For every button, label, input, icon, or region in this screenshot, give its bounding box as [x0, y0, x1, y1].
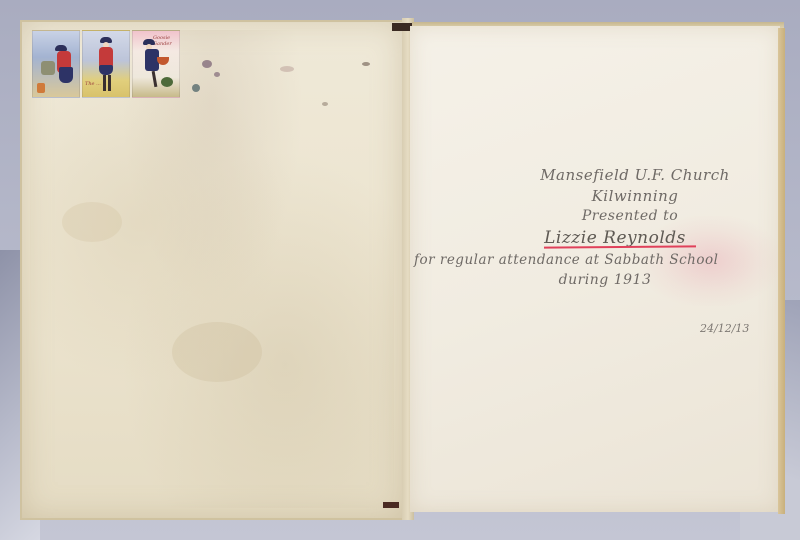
inscription-date: 24/12/13	[700, 322, 749, 335]
inside-front-board: The ... Goosie Gander	[20, 20, 404, 520]
inscription-church: Mansefield U.F. Church	[490, 164, 780, 186]
bush-shape	[161, 77, 173, 87]
orange-patch	[37, 83, 45, 93]
sticker-woman-kneeling	[32, 30, 80, 98]
basket-shape	[157, 57, 169, 65]
skirt-shape	[99, 65, 113, 75]
leg-shape	[108, 75, 111, 91]
front-endpaper: Mansefield U.F. Church Kilwinning Presen…	[410, 26, 780, 512]
sticker-girl-standing: The ...	[82, 30, 130, 98]
inscription-town: Kilwinning	[490, 186, 780, 206]
stain-spot	[322, 102, 328, 106]
stain-spot	[192, 84, 200, 92]
spine-tailband	[383, 502, 399, 508]
sticker-strip: The ... Goosie Gander	[32, 30, 180, 102]
sticker-caption: Goosie Gander	[153, 35, 177, 47]
inscription-reason: for regular attendance at Sabbath School	[410, 250, 780, 270]
open-book: The ... Goosie Gander	[20, 18, 785, 520]
stain-patch	[172, 322, 262, 382]
inscription-presented: Presented to	[480, 206, 780, 226]
stain-spot	[202, 60, 212, 68]
pot-shape	[41, 61, 55, 75]
inscription-year: during 1913	[430, 270, 780, 290]
red-underline	[544, 245, 696, 248]
stain-spot	[362, 62, 370, 66]
sticker-girl-with-basket: Goosie Gander	[132, 30, 180, 98]
right-board-fore-edge	[778, 28, 785, 514]
sticker-caption: The ...	[85, 81, 101, 87]
leg-shape	[152, 71, 158, 87]
stain-patch	[62, 202, 122, 242]
leg-shape	[103, 75, 106, 91]
stain-spot	[280, 66, 294, 72]
handwritten-inscription: Mansefield U.F. Church Kilwinning Presen…	[410, 164, 780, 290]
stain-spot	[214, 72, 220, 77]
skirt-shape	[59, 67, 73, 83]
inscription-recipient: Lizzie Reynolds	[544, 226, 686, 250]
